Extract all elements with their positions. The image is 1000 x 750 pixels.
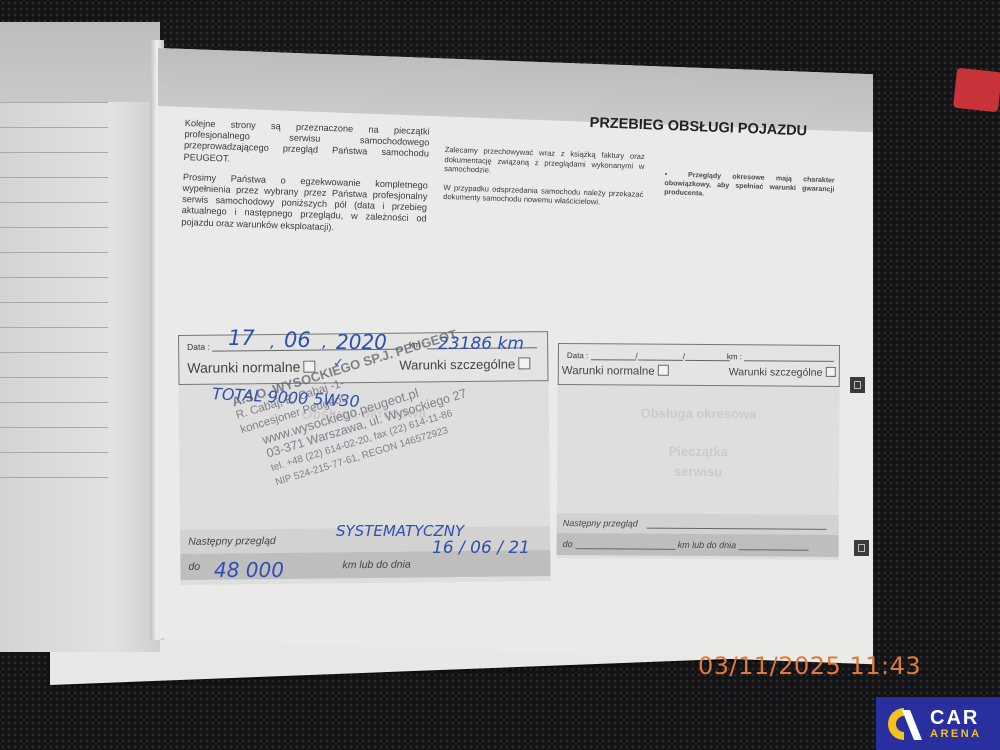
ruled-line: [0, 102, 108, 103]
next-service-field[interactable]: [646, 519, 826, 530]
ruled-line: [0, 402, 108, 403]
date-day-field[interactable]: [590, 350, 635, 360]
next-km-field[interactable]: [575, 539, 675, 550]
date-month-field[interactable]: [638, 351, 683, 361]
ruled-line: [0, 352, 108, 353]
km-field[interactable]: [744, 351, 834, 362]
date-label: Data :: [187, 342, 210, 352]
service-entry-2: Data : // km : Warunki normalne Warunki …: [556, 343, 839, 560]
photo-timestamp: 03/11/2025 11:43: [698, 652, 921, 680]
ghost-stamp-label-2: serwisu: [557, 463, 839, 480]
to-label: do: [188, 561, 200, 573]
intro-text: Kolejne strony są przeznaczone na pieczą…: [181, 118, 430, 245]
km-or-until-label: km lub do dnia: [342, 559, 410, 572]
ruled-line: [0, 427, 108, 428]
ruled-line: [0, 177, 108, 178]
page-number-tab-icon: [854, 540, 869, 556]
ruled-line: [0, 252, 108, 253]
km-or-until-label: km lub do dnia: [678, 540, 737, 550]
ruled-line: [0, 477, 108, 478]
advice-paragraph-2: W przypadku odsprzedania samochodu należ…: [443, 183, 644, 209]
next-date-field[interactable]: [739, 540, 809, 550]
special-conditions-label: Warunki szczególne: [729, 366, 823, 379]
storage-advice-text: Zalecamy przechowywać wraz z książką fak…: [443, 145, 645, 218]
next-km-row: do km lub do dnia: [557, 533, 839, 557]
entry-header: Data : // km : Warunki normalne Warunki …: [558, 343, 840, 387]
date-separator: ,: [322, 332, 327, 351]
intro-paragraph-2: Prosimy Państwa o egzekwowanie kompletne…: [181, 172, 428, 237]
km-label: km :: [727, 352, 742, 361]
normal-conditions-label: Warunki normalne: [187, 359, 300, 376]
advice-paragraph-1: Zalecamy przechowywać wraz z książką fak…: [444, 145, 645, 181]
next-service-row: Następny przegląd: [557, 513, 839, 535]
car-arena-logo: CAR ARENA: [876, 697, 1000, 750]
special-conditions-checkbox[interactable]: [825, 367, 835, 377]
car-arena-logo-icon: [884, 704, 924, 744]
left-page-header-band: [0, 22, 160, 102]
logo-word-arena: ARENA: [930, 728, 982, 740]
normal-conditions-label: Warunki normalne: [562, 365, 655, 378]
red-seatbelt-clip: [953, 68, 1000, 112]
normal-conditions-checkbox[interactable]: [658, 365, 669, 376]
left-page-notes: [0, 22, 160, 652]
ruled-line: [0, 152, 108, 153]
ruled-line: [0, 377, 108, 378]
ruled-line: [0, 127, 108, 128]
ruled-line: [0, 302, 108, 303]
handwritten-next-date: 16 / 06 / 21: [432, 538, 530, 558]
ruled-line: [0, 202, 108, 203]
ruled-line: [0, 227, 108, 228]
bullet-icon: ▪: [665, 171, 688, 179]
ruled-line: [0, 452, 108, 453]
intro-paragraph-1: Kolejne strony są przeznaczone na pieczą…: [183, 118, 429, 171]
handwritten-date-day: 17: [228, 326, 255, 350]
ghost-stamp-label-1: Pieczątka: [557, 443, 839, 460]
next-service-label: Następny przegląd: [563, 518, 638, 529]
to-label: do: [563, 539, 573, 549]
handwritten-next-km: 48 000: [214, 558, 284, 582]
stamp-area: Obsługa okresowa Pieczątka serwisu: [557, 385, 840, 517]
handwritten-date-month: 06: [284, 328, 311, 352]
ghost-service-label: Obsługa okresowa: [557, 405, 839, 422]
date-label: Data :: [567, 351, 588, 360]
page-tab-marker-icon: [850, 377, 865, 393]
next-service-label: Następny przegląd: [188, 535, 276, 548]
logo-word-car: CAR: [930, 708, 982, 728]
ruled-line: [0, 277, 108, 278]
ruled-line: [0, 327, 108, 328]
date-separator: ,: [270, 332, 275, 351]
date-year-field[interactable]: [685, 351, 730, 361]
